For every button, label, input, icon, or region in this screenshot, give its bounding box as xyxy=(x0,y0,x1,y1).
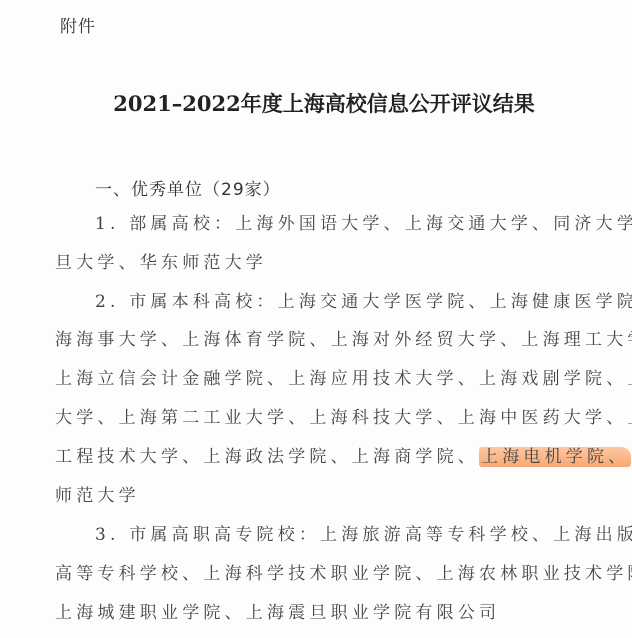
paragraph-line: 海海事大学、上海体育学院、上海对外经贸大学、上海理工大学、 xyxy=(55,329,632,351)
paragraph-line: 上海城建职业学院、上海震旦职业学院有限公司 xyxy=(55,602,500,624)
paragraph-line: 1. 部属高校：上海外国语大学、上海交通大学、同济大学、复 xyxy=(95,213,632,235)
paragraph-line: 3. 市属高职高专院校：上海旅游高等专科学校、上海出版印刷 xyxy=(95,524,632,546)
attachment-label: 附件 xyxy=(60,12,96,37)
paragraph-line: 2. 市属本科高校：上海交通大学医学院、上海健康医学院、上 xyxy=(95,291,632,313)
paragraph-line: 大学、上海第二工业大学、上海科技大学、上海中医药大学、上海 xyxy=(55,407,632,429)
highlighted-school-name: 上海电机学院、 xyxy=(479,447,631,467)
paragraph-line: 旦大学、华东师范大学 xyxy=(55,252,267,274)
document-page: 附件 2021–2022年度上海高校信息公开评议结果 一、优秀单位（29家） 1… xyxy=(0,0,632,638)
paragraph-line: 师范大学 xyxy=(55,485,140,507)
document-title: 2021–2022年度上海高校信息公开评议结果 xyxy=(0,88,632,118)
paragraph-line: 上海立信会计金融学院、上海应用技术大学、上海戏剧学院、上海 xyxy=(55,368,632,390)
paragraph-line-with-highlight: 工程技术大学、上海政法学院、上海商学院、上海电机学院、上海 xyxy=(55,446,632,468)
paragraph-line: 高等专科学校、上海科学技术职业学院、上海农林职业技术学院、 xyxy=(55,563,632,585)
section-heading-excellent-units: 一、优秀单位（29家） xyxy=(95,175,281,200)
line-text-before: 工程技术大学、上海政法学院、上海商学院、 xyxy=(55,447,479,467)
